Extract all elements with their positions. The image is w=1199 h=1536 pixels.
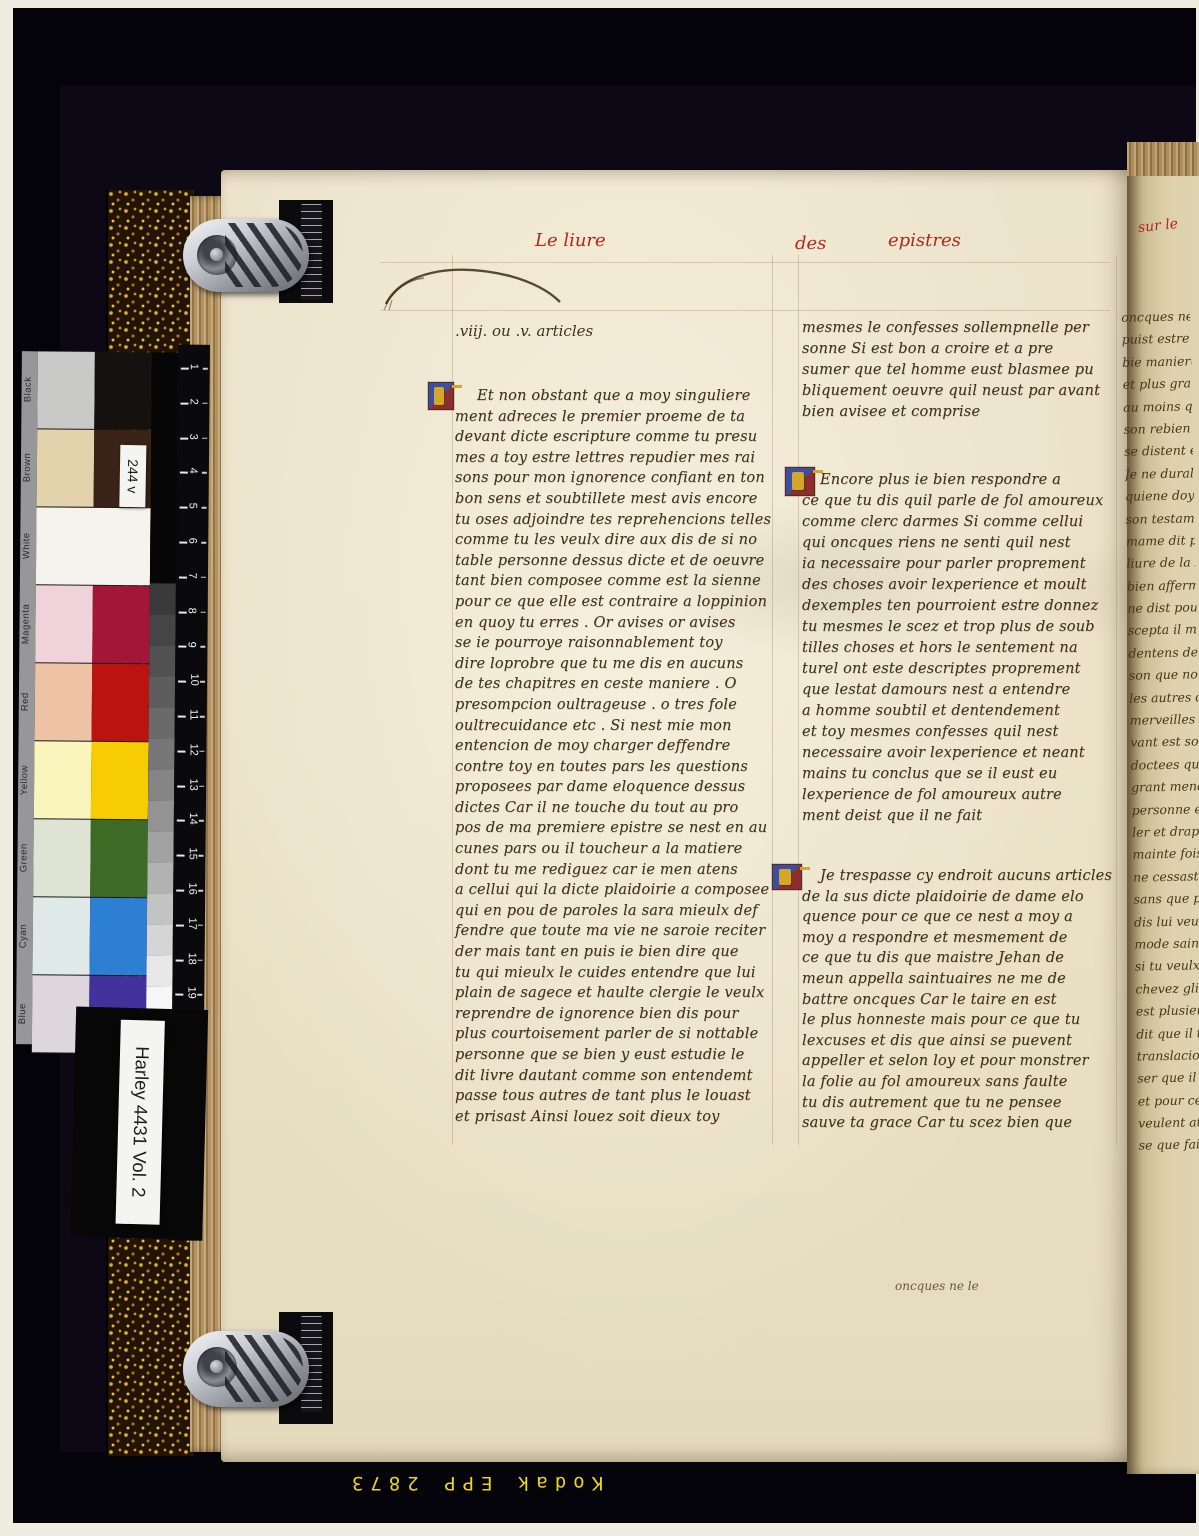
colorbar-row-magenta xyxy=(35,585,150,664)
patch-black-light xyxy=(37,351,95,428)
ruler-mark: 11 xyxy=(175,707,207,727)
manuscript-text-line: se ie pourroye raisonnablement toy xyxy=(455,633,775,654)
colorbar-label: Blue xyxy=(17,975,32,1052)
manuscript-text-line: ce que tu dis que maistre Jehan de xyxy=(802,948,1122,969)
manuscript-text-line: et toy mesmes confesses quil nest xyxy=(802,722,1122,743)
right-column-block1: mesmes le confesses sollempnelle personn… xyxy=(802,318,1122,423)
manuscript-text-line: comme clerc darmes Si comme cellui xyxy=(802,512,1122,533)
manuscript-text-line: comme tu les veulx dire aux dis de si no xyxy=(455,530,775,551)
manuscript-text-line: pour ce que elle est contraire a loppini… xyxy=(455,592,775,613)
ruler-mark: 10 xyxy=(175,672,207,692)
ruler-mark: 16 xyxy=(173,881,205,901)
gray-step xyxy=(149,645,175,676)
colorbar-row-cyan xyxy=(32,897,147,976)
manuscript-text-line: dit livre dautant comme son entendemt xyxy=(455,1066,775,1087)
gray-step xyxy=(148,769,174,800)
left-column-paragraph1: Et non obstant que a moy singulierement … xyxy=(455,386,775,1127)
patch-green-light xyxy=(33,819,91,896)
manuscript-text-line: ment adreces le premier proeme de ta xyxy=(455,407,775,428)
running-title-part3: epistres xyxy=(888,230,961,251)
manuscript-text-line: presompcion oultrageuse . o tres fole xyxy=(455,695,775,716)
facing-text-line: et pour ceulx qui ac xyxy=(1138,1089,1199,1113)
page-clip-top xyxy=(183,219,309,292)
facing-text-line: mame dit par ban xyxy=(1126,529,1195,553)
manuscript-text-line: plus courtoisement parler de si nottable xyxy=(455,1024,775,1045)
shelfmark-sticker: Harley 4431 Vol. 2 xyxy=(116,1020,165,1225)
ruler-mark: 19 xyxy=(172,985,204,1005)
facing-text-line: si tu veulx dire que xyxy=(1135,955,1199,979)
facing-text-line: bie maniere dune s xyxy=(1122,350,1191,374)
patch-black xyxy=(94,352,152,429)
facing-text-line: dentens de balades xyxy=(1128,641,1197,665)
facing-text-line: merveilles est que d xyxy=(1130,708,1199,732)
manuscript-text-line: bliquement oeuvre quil neust par avant xyxy=(802,381,1122,402)
facing-text-line: est plusieurs. Regar xyxy=(1136,999,1199,1023)
patch-magenta xyxy=(92,586,150,663)
facing-text-line: veulent attribuer co xyxy=(1138,1111,1199,1135)
manuscript-text-line: mes a toy estre lettres repudier mes rai xyxy=(455,448,775,469)
facing-text-line: quiene doy mie c xyxy=(1125,484,1194,508)
gray-step xyxy=(146,955,172,986)
colorbar-label: Brown xyxy=(22,429,37,506)
facing-text-line: scepta il me de ri xyxy=(1128,619,1197,643)
colorbar-row-black xyxy=(37,351,152,430)
facing-text-line: grant mencion fait xyxy=(1131,775,1199,799)
ruler-mark: 15 xyxy=(173,846,205,866)
facing-text-line: ser que il nen oul xyxy=(1137,1066,1199,1090)
manuscript-text-line: en quoy tu erres . Or avises or avises xyxy=(455,613,775,634)
facing-text-line: ne dist pour celle xyxy=(1127,596,1196,620)
manuscript-text-line: Encore plus ie bien respondre a xyxy=(802,470,1122,491)
ruler-mark: 18 xyxy=(173,950,205,970)
manuscript-text-line: et prisast Ainsi louez soit dieux toy xyxy=(455,1107,775,1128)
ruler-mark: 3 xyxy=(177,428,209,448)
manuscript-text-line: appeller et selon loy et pour monstrer xyxy=(802,1051,1122,1072)
manuscript-text-line: de la sus dicte plaidoirie de dame elo xyxy=(802,887,1122,908)
pen-flourish xyxy=(382,258,572,318)
manuscript-text-line: pos de ma premiere epistre se nest en au xyxy=(455,818,775,839)
manuscript-text-line: des choses avoir lexperience et moult xyxy=(802,575,1122,596)
manuscript-text-line: bien avisee et comprise xyxy=(802,402,1122,423)
facing-text-line: se distent en tele ch xyxy=(1124,440,1193,464)
facing-text-line: au moins quelque c xyxy=(1123,395,1192,419)
patch-cyan-light xyxy=(32,897,90,974)
ruler-mark: 13 xyxy=(174,776,206,796)
patch-green xyxy=(90,820,148,897)
facing-text-line: sans que plusieurs xyxy=(1133,887,1199,911)
column-heading-line: .viij. ou .v. articles xyxy=(455,322,593,340)
color-calibration-bar: BlackBrownWhiteMagentaRedYellowGreenCyan… xyxy=(14,343,210,1241)
manuscript-text-line: tilles choses et hors le sentement na xyxy=(802,638,1122,659)
colorbar-row-green xyxy=(33,819,148,898)
facing-text-line: son testament. Jay xyxy=(1125,507,1194,531)
facing-text-line: les autres dictez qu xyxy=(1129,686,1198,710)
manuscript-text-line: de tes chapitres en ceste maniere . O xyxy=(455,674,775,695)
manuscript-text-line: der mais tant en puis ie bien dire que xyxy=(455,942,775,963)
patch-red xyxy=(92,664,150,741)
manuscript-text-line: ment deist que il ne fait xyxy=(802,806,1122,827)
facing-text-line: ne cessast a si pou xyxy=(1133,865,1199,889)
colorbar-label: Yellow xyxy=(19,741,34,818)
manuscript-text-line: entencion de moy charger deffendre xyxy=(455,736,775,757)
facing-text-line: liure de la Rose. Et xyxy=(1126,552,1195,576)
manuscript-text-line: le plus honneste mais pour ce que tu xyxy=(802,1010,1122,1031)
manuscript-text-line: meun appella saintuaires ne me de xyxy=(802,969,1122,990)
facing-text-line: dis lui veulent my xyxy=(1134,910,1199,934)
ruler-mark: 7 xyxy=(176,567,208,587)
facing-text-line: mode saint Augu xyxy=(1134,932,1199,956)
facing-text-line: son rebien quil son xyxy=(1123,417,1192,441)
manuscript-text-line: reprendre de ignorence bien dis pour xyxy=(455,1004,775,1025)
facing-text-line: translacions et escr xyxy=(1137,1044,1199,1068)
facing-text-line: chevez gliore dame xyxy=(1135,977,1199,1001)
patch-magenta-light xyxy=(35,585,93,662)
manuscript-text-line: mains tu conclus que se il eust eu xyxy=(802,764,1122,785)
manuscript-text-line: personne que se bien y eust estudie le xyxy=(455,1045,775,1066)
manuscript-text-line: proposees par dame eloquence dessus xyxy=(455,777,775,798)
manuscript-text-line: sons pour mon ignorence confiant en ton xyxy=(455,468,775,489)
running-title-part1: Le liure xyxy=(535,230,606,251)
running-title-part2: des xyxy=(795,233,826,254)
facing-text-line: dit que il translati xyxy=(1136,1022,1199,1046)
facing-text-line: doctees qui ne furen xyxy=(1130,753,1199,777)
colorbar-label: Green xyxy=(18,819,33,896)
manuscript-text-line: Je trespasse cy endroit aucuns articles xyxy=(802,866,1122,887)
manuscript-text-line: ia necessaire pour parler proprement xyxy=(802,554,1122,575)
facing-text-line: Je ne dural mie passe xyxy=(1124,462,1193,486)
ruler-mark: 14 xyxy=(174,811,206,831)
facing-text-line: puist estre appellee xyxy=(1122,328,1191,352)
facing-text-line: et plus grant attisen xyxy=(1123,373,1192,397)
ruler-mark: 6 xyxy=(176,533,208,553)
gray-step xyxy=(147,862,173,893)
ruler-mark: 17 xyxy=(173,915,205,935)
folio-number-sticker: 244 v xyxy=(119,445,146,507)
patch-white xyxy=(36,507,151,585)
right-column-paragraph2: Encore plus ie bien respondre ace que tu… xyxy=(802,470,1122,827)
ruler-mark: 4 xyxy=(177,463,209,483)
manuscript-text-line: contre toy en toutes pars les questions xyxy=(455,757,775,778)
manuscript-text-line: fendre que toute ma vie ne saroie recite… xyxy=(455,921,775,942)
facing-text-line: son que nous nauo xyxy=(1129,664,1198,688)
manuscript-text-line: turel ont este descriptes proprement xyxy=(802,659,1122,680)
colorbar-label: White xyxy=(21,507,36,584)
gray-step xyxy=(147,831,173,862)
manuscript-text-line: tu qui mieulx le cuides entendre que lui xyxy=(455,963,775,984)
patch-cyan xyxy=(89,898,147,975)
colorbar-row-red xyxy=(35,663,150,742)
manuscript-text-line: dont tu me rediguez car ie men atens xyxy=(455,860,775,881)
gray-step xyxy=(148,800,174,831)
colorbar-label: Black xyxy=(22,351,37,428)
film-stock-label: Kodak EPP 2873 xyxy=(328,1466,620,1494)
manuscript-text-line: sonne Si est bon a croire et a pre xyxy=(802,339,1122,360)
manuscript-text-line: lexperience de fol amoureux autre xyxy=(802,785,1122,806)
ruler-mark: 9 xyxy=(175,637,207,657)
manuscript-text-line: plain de sagece et haulte clergie le veu… xyxy=(455,983,775,1004)
colorbar-label: Cyan xyxy=(17,897,32,974)
facing-text-line: ler et drapement m xyxy=(1132,820,1199,844)
patch-yellow-light xyxy=(34,741,92,818)
manuscript-text-line: table personne dessus dicte et de oeuvre xyxy=(455,551,775,572)
manuscript-text-line: qui oncques riens ne senti quil nest xyxy=(802,533,1122,554)
manuscript-text-line: moy a respondre et mesmement de xyxy=(802,928,1122,949)
patch-yellow xyxy=(91,742,149,819)
clip-hole xyxy=(197,1347,237,1387)
manuscript-text-line: passe tous autres de tant plus le louast xyxy=(455,1086,775,1107)
manuscript-text-line: a homme soubtil et dentendement xyxy=(802,701,1122,722)
patch-brown-light xyxy=(37,429,95,506)
manuscript-text-line: tu dis autrement que tu ne pensee xyxy=(802,1093,1122,1114)
facing-text-line: personne en vie qui xyxy=(1131,798,1199,822)
right-column-paragraph3: Je trespasse cy endroit aucuns articlesd… xyxy=(802,866,1122,1134)
manuscript-text-line: qui en pou de paroles la sara mieulx def xyxy=(455,901,775,922)
colorbar-label: Magenta xyxy=(20,585,35,662)
manuscript-text-line: battre oncques Car le taire en est xyxy=(802,990,1122,1011)
gray-step xyxy=(149,614,175,645)
facing-text-line: mainte fois mervei xyxy=(1132,843,1199,867)
champie-initial-icon xyxy=(772,864,802,890)
ruler-mark: 2 xyxy=(177,393,209,413)
gray-step xyxy=(149,676,175,707)
ruler-mark: 8 xyxy=(176,602,208,622)
ruler-mark: 1 xyxy=(178,359,210,379)
manuscript-text-line: dictes Car il ne touche du tout au pro xyxy=(455,798,775,819)
photograph-frame: Le liure des epistres .viij. ou .v. arti… xyxy=(0,0,1199,1536)
manuscript-text-line: tu oses adjoindre tes reprehencions tell… xyxy=(455,510,775,531)
clip-hole xyxy=(197,235,237,275)
manuscript-text-line: que lestat damours nest a entendre xyxy=(802,680,1122,701)
manuscript-text-line: a cellui qui la dicte plaidoirie a compo… xyxy=(455,880,775,901)
colorbar-row-yellow xyxy=(34,741,149,820)
manuscript-text-line: dire loprobre que tu me dis en aucuns xyxy=(455,654,775,675)
manuscript-text-line: oultrecuidance etc . Si nest mie mon xyxy=(455,716,775,737)
manuscript-text-line: la folie au fol amoureux sans faulte xyxy=(802,1072,1122,1093)
page-clip-bottom xyxy=(183,1331,309,1407)
manuscript-text-line: Et non obstant que a moy singuliere xyxy=(455,386,775,407)
manuscript-text-line: ce que tu dis quil parle de fol amoureux xyxy=(802,491,1122,512)
manuscript-text-line: mesmes le confesses sollempnelle per xyxy=(802,318,1122,339)
manuscript-text-line: tant bien composee comme est la sienne xyxy=(455,571,775,592)
facing-text-line: bien affermer que xyxy=(1127,574,1196,598)
gray-step xyxy=(147,924,173,955)
ruler-mark: 5 xyxy=(176,498,208,518)
gray-step xyxy=(150,583,176,614)
manuscript-text-line: cunes pars ou il toucheur a la matiere xyxy=(455,839,775,860)
manuscript-text-line: sauve ta grace Car tu scez bien que xyxy=(802,1113,1122,1134)
champie-initial-icon xyxy=(428,382,454,410)
facing-text-line: vant est sollempn xyxy=(1130,731,1199,755)
ruling-line xyxy=(798,255,799,1145)
manuscript-text-line: lexcuses et dis que ainsi se puevent xyxy=(802,1031,1122,1052)
wedge-black-segment xyxy=(150,352,178,583)
ruler-mark: 12 xyxy=(174,741,206,761)
gray-step xyxy=(148,738,174,769)
gray-step xyxy=(149,707,175,738)
manuscript-text-line: bon sens et soubtillete mest avis encore xyxy=(455,489,775,510)
manuscript-text-line: dexemples ten pourroient estre donnez xyxy=(802,596,1122,617)
facing-text-line: se que faire mais a xyxy=(1138,1134,1199,1158)
manuscript-text-line: necessaire avoir lexperience et neant xyxy=(802,743,1122,764)
colorbar-row-white xyxy=(36,507,151,586)
catchword: oncques ne le xyxy=(895,1279,979,1293)
gray-step xyxy=(147,893,173,924)
facing-text-line: oncques ne le dist e xyxy=(1121,305,1190,329)
patch-red-light xyxy=(35,663,93,740)
colorbar-label: Red xyxy=(20,663,35,740)
facing-page-top-edge xyxy=(1127,142,1199,176)
manuscript-text-line: sumer que tel homme eust blasmee pu xyxy=(802,360,1122,381)
manuscript-text-line: tu mesmes le scez et trop plus de soub xyxy=(802,617,1122,638)
manuscript-text-line: quence pour ce que ce nest a moy a xyxy=(802,907,1122,928)
manuscript-text-line: devant dicte escripture comme tu presu xyxy=(455,427,775,448)
